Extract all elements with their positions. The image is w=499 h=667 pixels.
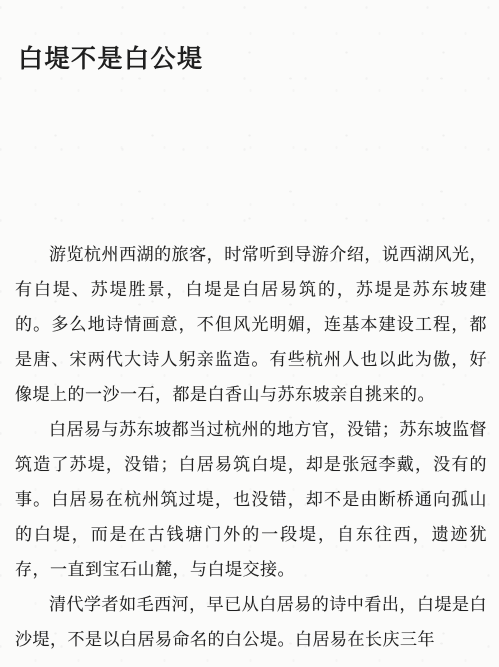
book-page: 白堤不是白公堤 游览杭州西湖的旅客，时常听到导游介绍，说西湖风光，有白堤、苏堤胜… [0,0,499,667]
paragraph: 游览杭州西湖的旅客，时常听到导游介绍，说西湖风光，有白堤、苏堤胜景，白堤是白居易… [15,238,487,413]
page-title: 白堤不是白公堤 [18,42,204,76]
paragraph: 清代学者如毛西河，早已从白居易的诗中看出，白堤是白沙堤，不是以白居易命名的白公堤… [15,588,487,658]
paragraph: 白居易与苏东坡都当过杭州的地方官，没错；苏东坡监督筑造了苏堤，没错；白居易筑白堤… [15,413,487,588]
article-body: 游览杭州西湖的旅客，时常听到导游介绍，说西湖风光，有白堤、苏堤胜景，白堤是白居易… [15,238,487,658]
